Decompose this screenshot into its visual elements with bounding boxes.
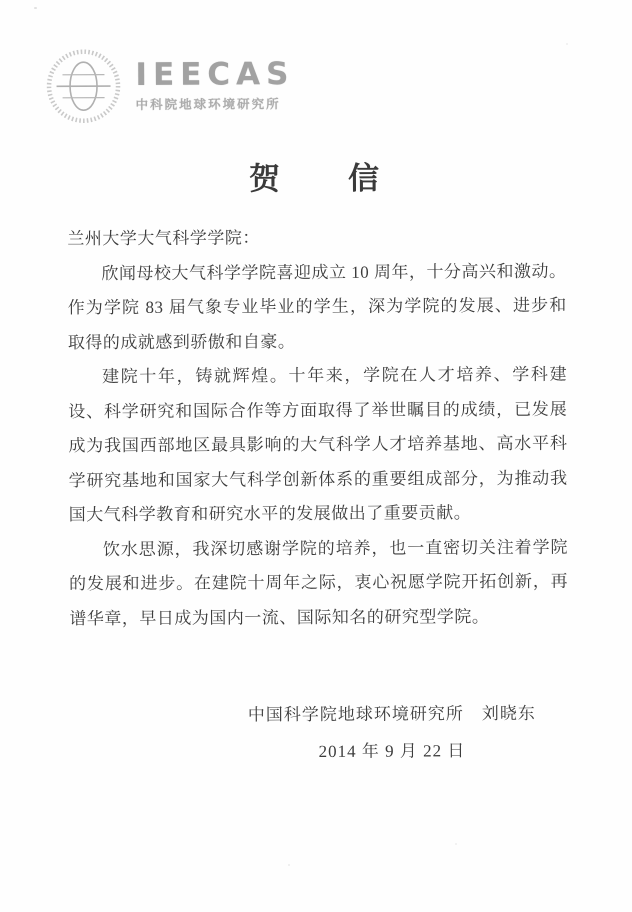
logo-subtitle: 中科院地球环境研究所 bbox=[136, 94, 295, 113]
scanned-letter-page: IEECAS 中科院地球环境研究所 贺 信 兰州大学大气科学学院： 欣闻母校大气… bbox=[0, 0, 632, 912]
paragraph-3: 饮水思源，我深切感谢学院的培养，也一直密切关注着学院的发展和进步。在建院十周年之… bbox=[69, 530, 569, 636]
salutation: 兰州大学大气科学学院： bbox=[67, 220, 566, 257]
paragraph-2: 建院十年，铸就辉煌。十年来，学院在人才培养、学科建设、科学研究和国际合作等方面取… bbox=[68, 358, 568, 533]
letterhead: IEECAS 中科院地球环境研究所 bbox=[45, 47, 294, 124]
logo-wordmark: IEECAS 中科院地球环境研究所 bbox=[135, 59, 294, 113]
paragraph-1: 欣闻母校大气科学学院喜迎成立 10 周年，十分高兴和激动。作为学院 83 届气象… bbox=[67, 254, 567, 360]
date-line: 2014 年 9 月 22 日 bbox=[162, 735, 622, 762]
letter-content: IEECAS 中科院地球环境研究所 贺 信 兰州大学大气科学学院： 欣闻母校大气… bbox=[0, 0, 632, 912]
letter-body: 兰州大学大气科学学院： 欣闻母校大气科学学院喜迎成立 10 周年，十分高兴和激动… bbox=[67, 220, 568, 637]
letter-title: 贺 信 bbox=[0, 151, 631, 199]
logo-acronym: IEECAS bbox=[135, 59, 294, 91]
globe-seal-icon bbox=[45, 48, 121, 124]
signature-line: 中国科学院地球环境研究所 刘晓东 bbox=[162, 698, 622, 725]
